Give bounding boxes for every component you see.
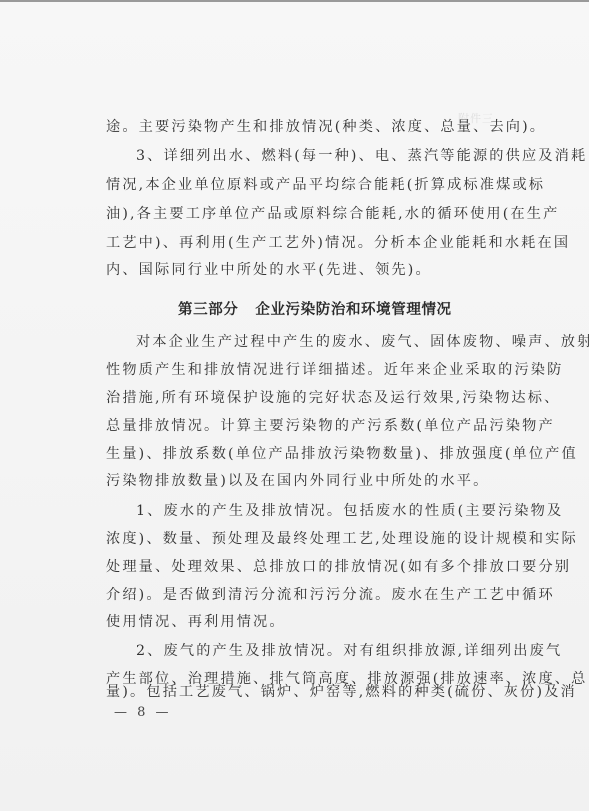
body-line: 工艺中)、再利用(生产工艺外)情况。分析本企业能耗和水耗在国 [106,234,570,252]
body-line: 生量)、排放系数(单位产品排放污染物数量)、排放强度(单位产值 [106,445,578,463]
body-line: 油),各主要工序单位产品或原料综合能耗,水的循环使用(在生产 [106,205,559,223]
body-line: 浓度)、数量、预处理及最终处理工艺,处理设施的设计规模和实际 [106,530,578,548]
body-line: 对本企业生产过程中产生的废水、废气、固体废物、噪声、放射 [136,333,589,351]
section-heading: 第三部分 企业污染防治和环境管理情况 [178,298,452,319]
body-line: 治措施,所有环境保护设施的完好状态及运行效果,污染物达标、 [106,389,560,407]
body-line: 途。主要污染物产生和排放情况(种类、浓度、总量、去向)。 [106,118,546,136]
body-line: 内、国际同行业中所处的水平(先进、领先)。 [106,261,432,279]
page-number: — 8 — [114,705,172,720]
body-line: 情况,本企业单位原料或产品平均综合能耗(折算成标准煤或标 [106,176,545,194]
scan-top-edge [0,0,589,2]
body-line: 量)。包括工艺废气、锅炉、炉窑等,燃料的种类(硫份、灰份)及消 [106,683,577,701]
body-line: 1、废水的产生及排放情况。包括废水的性质(主要污染物及 [136,502,563,520]
body-line: 污染物排放数量)以及在国内外同行业中所处的水平。 [106,472,489,490]
document-page: 附件三 途。主要污染物产生和排放情况(种类、浓度、总量、去向)。 3、详细列出水… [0,0,589,811]
body-line: 2、废气的产生及排放情况。对有组织排放源,详细列出废气 [136,642,562,660]
body-line: 总量排放情况。计算主要污染物的产污系数(单位产品污染物产 [106,417,555,435]
body-line: 3、详细列出水、燃料(每一种)、电、蒸汽等能源的供应及消耗 [136,147,587,165]
body-line: 使用情况、再利用情况。 [106,613,286,631]
body-line: 性物质产生和排放情况进行详细描述。近年来企业采取的污染防 [106,361,563,379]
body-line: 处理量、处理效果、总排放口的排放情况(如有多个排放口要分别 [106,558,571,576]
body-line: 介绍)。是否做到清污分流和污污分流。废水在生产工艺中循环 [106,586,555,604]
